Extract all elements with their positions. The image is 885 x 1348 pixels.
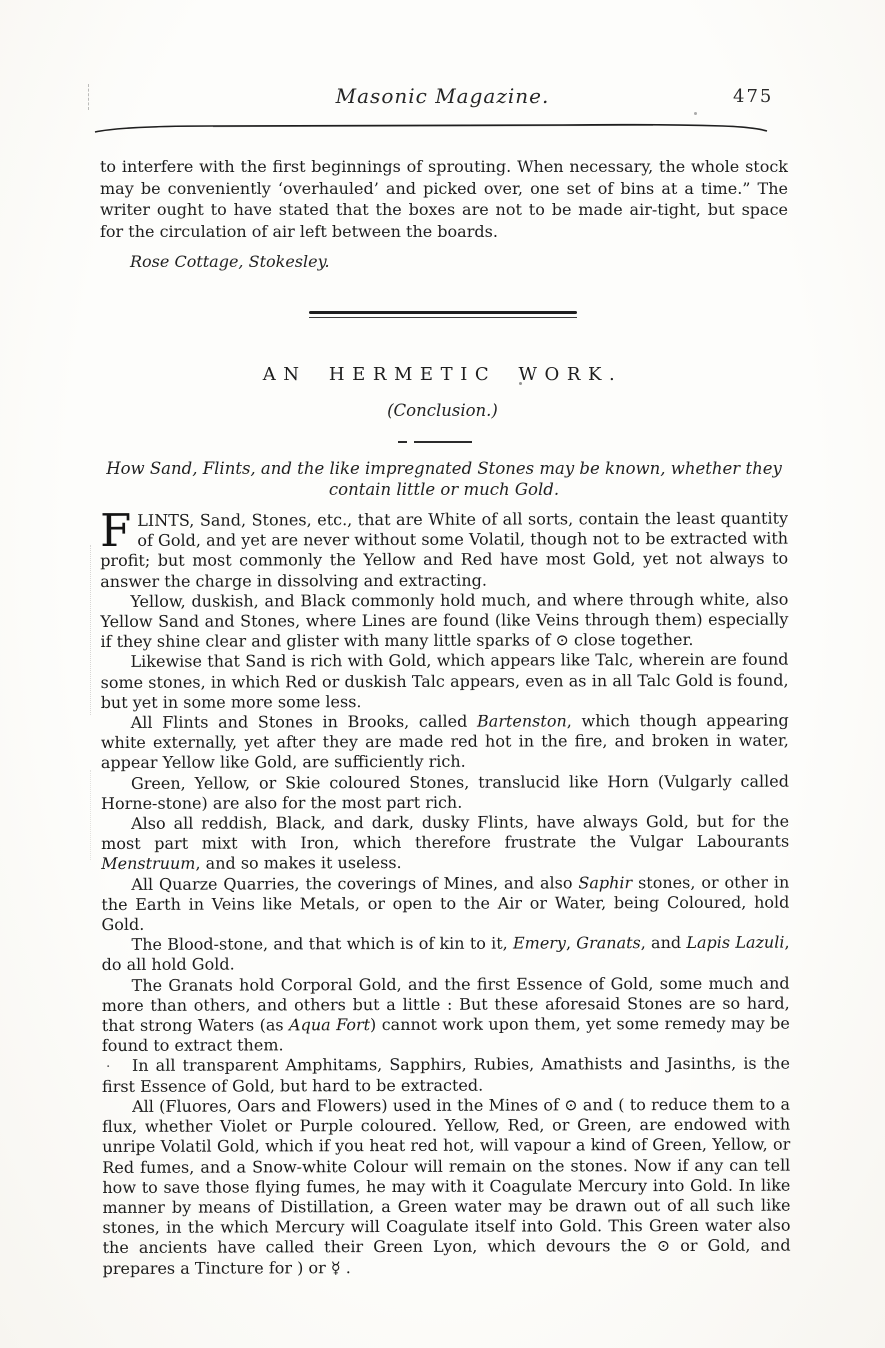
intro-section: to interfere with the first beginnings o… (100, 156, 788, 271)
text-run: Yellow, duskish, and Black commonly hold… (100, 589, 788, 651)
italic-text: Menstruum (101, 854, 195, 873)
text-run: The Blood-stone, and that which is of ki… (131, 934, 513, 954)
subtitle-rule (414, 441, 472, 443)
scan-artifact (90, 770, 91, 860)
text-run: All Flints and Stones in Brooks, called (131, 712, 477, 732)
text-run: Likewise that Sand is rich with Gold, wh… (101, 650, 789, 712)
article-paragraph: Also all reddish, Black, and dark, dusky… (101, 812, 789, 875)
italic-text: Emery (513, 934, 566, 953)
page-number: 475 (733, 86, 773, 107)
italic-text: Aqua Fort (289, 1015, 370, 1034)
text-run: All (Fluores, Oars and Flowers) used in … (102, 1094, 790, 1277)
article-subtitle: (Conclusion.) (0, 401, 885, 420)
italic-text: Bartenston (477, 711, 567, 730)
text-run: , and (641, 933, 687, 952)
article-paragraph: Likewise that Sand is rich with Gold, wh… (100, 650, 788, 713)
text-run: LINTS, Sand, Stones, etc., that are Whit… (100, 509, 788, 591)
article-heading: How Sand, Flints, and the like impregnat… (98, 458, 790, 500)
drop-cap: F (100, 511, 137, 549)
text-run: , (566, 934, 576, 953)
page-header: Masonic Magazine. 475 (0, 84, 885, 114)
text-run: , and so makes it useless. (195, 853, 401, 873)
article-paragraph: All Quarze Quarries, the coverings of Mi… (101, 872, 789, 935)
text-run: In all transparent Amphitams, Sapphirs, … (102, 1054, 790, 1096)
article-paragraph: ·In all transparent Amphitams, Sapphirs,… (102, 1054, 790, 1097)
article-paragraph: The Blood-stone, and that which is of ki… (101, 933, 789, 976)
article-paragraph: All Flints and Stones in Brooks, called … (101, 711, 789, 774)
article-paragraph: All (Fluores, Oars and Flowers) used in … (102, 1094, 791, 1278)
italic-text: Lapis Lazuli (686, 933, 784, 952)
text-run: All Quarze Quarries, the coverings of Mi… (131, 873, 578, 894)
divider-rule-thin (309, 317, 577, 318)
text-run: Also all reddish, Black, and dark, dusky… (101, 812, 789, 854)
article-paragraph: Green, Yellow, or Skie coloured Stones, … (101, 771, 789, 814)
italic-text: Saphir (578, 873, 632, 892)
italic-text: Granats (576, 933, 641, 952)
article-paragraph: The Granats hold Corporal Gold, and the … (102, 973, 790, 1056)
section-divider (309, 311, 577, 318)
header-rule (93, 122, 769, 134)
divider-rule-thick (309, 311, 577, 314)
intro-paragraph: to interfere with the first beginnings o… (100, 156, 788, 242)
article-paragraph: Yellow, duskish, and Black commonly hold… (100, 589, 788, 652)
text-run: Green, Yellow, or Skie coloured Stones, … (101, 771, 789, 813)
article-paragraph: FLINTS, Sand, Stones, etc., that are Whi… (100, 509, 788, 592)
article-body: FLINTS, Sand, Stones, etc., that are Whi… (100, 509, 791, 1279)
scan-artifact (90, 545, 91, 715)
margin-dot: · (106, 1057, 111, 1077)
article-title: AN HERMETIC WORK. (0, 364, 885, 385)
scanned-page: Masonic Magazine. 475 to interfere with … (0, 0, 885, 1348)
signature: Rose Cottage, Stokesley. (130, 252, 788, 271)
